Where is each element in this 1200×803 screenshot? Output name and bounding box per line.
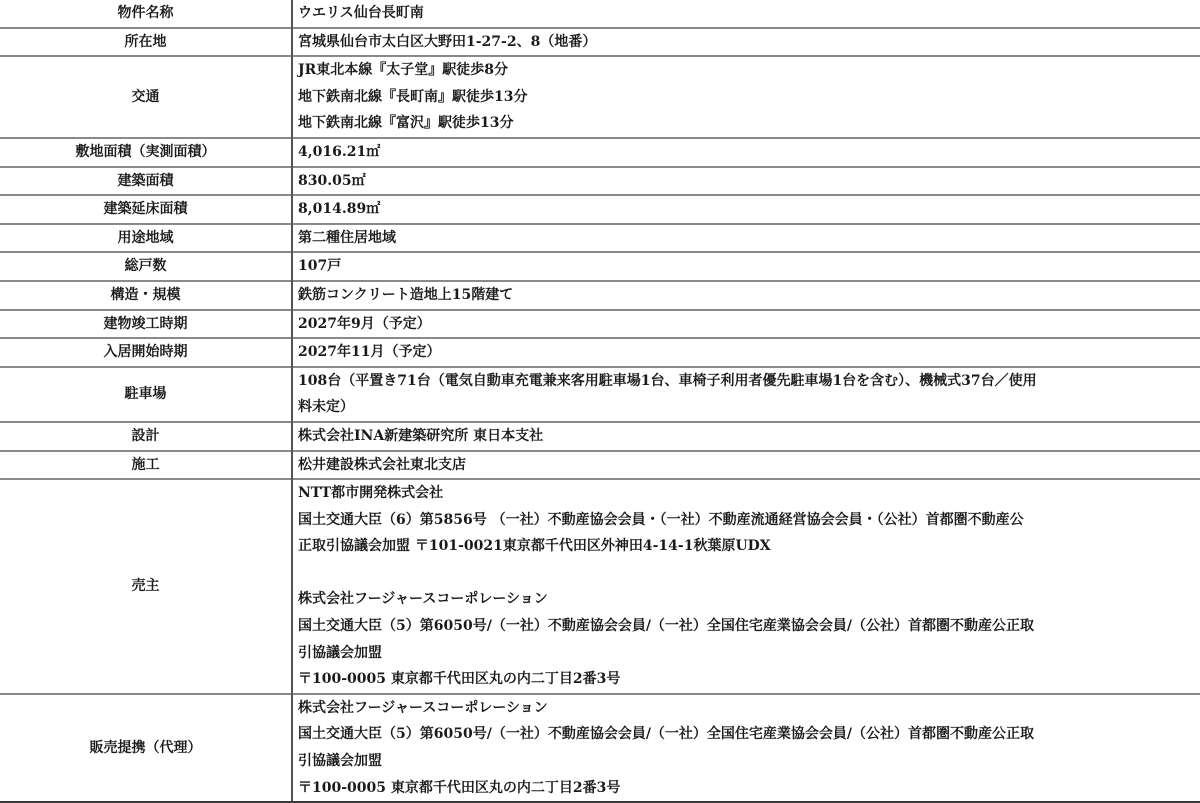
value-line: 〒100-0005 東京都千代田区丸の内二丁目2番3号 [298, 666, 1192, 693]
label-completion-date: 建物竣工時期 [0, 310, 292, 339]
value-line: 地下鉄南北線『長町南』駅徒歩13分 [298, 84, 1192, 111]
row-site-area: 敷地面積（実測面積） 4,016.21㎡ [0, 138, 1200, 167]
row-parking: 駐車場 108台（平置き71台（電気自動車充電兼来客用駐車場1台、車椅子利用者優… [0, 367, 1200, 422]
row-design: 設計 株式会社INA新建築研究所 東日本支社 [0, 422, 1200, 451]
value-parking: 108台（平置き71台（電気自動車充電兼来客用駐車場1台、車椅子利用者優先駐車場… [292, 367, 1200, 422]
value-construction: 松井建設株式会社東北支店 [292, 451, 1200, 480]
value-site-area: 4,016.21㎡ [292, 138, 1200, 167]
value-line: 宮城県仙台市太白区大野田1-27-2、8（地番） [298, 29, 1192, 56]
value-line: JR東北本線『太子堂』駅徒歩8分 [298, 57, 1192, 84]
label-zoning: 用途地域 [0, 224, 292, 253]
label-total-floor-area: 建築延床面積 [0, 195, 292, 224]
row-total-units: 総戸数 107戸 [0, 252, 1200, 281]
label-design: 設計 [0, 422, 292, 451]
label-sales-agent: 販売提携（代理） [0, 694, 292, 776]
value-line: 株式会社フージャースコーポレーション [298, 586, 1192, 613]
value-line: 108台（平置き71台（電気自動車充電兼来客用駐車場1台、車椅子利用者優先駐車場… [298, 368, 1192, 395]
label-seller: 売主 [0, 479, 292, 694]
label-transport: 交通 [0, 56, 292, 138]
row-move-in-date: 入居開始時期 2027年11月（予定） [0, 338, 1200, 367]
value-line: 地下鉄南北線『富沢』駅徒歩13分 [298, 110, 1192, 137]
value-sales-agent: 株式会社フージャースコーポレーション 国土交通大臣（5）第6050号/（一社）不… [292, 694, 1200, 776]
row-transport: 交通 JR東北本線『太子堂』駅徒歩8分 地下鉄南北線『長町南』駅徒歩13分 地下… [0, 56, 1200, 138]
value-line: NTT都市開発株式会社 [298, 480, 1192, 507]
property-outline-table: 物件名称 ウエリス仙台長町南 所在地 宮城県仙台市太白区大野田1-27-2、8（… [0, 0, 1200, 776]
value-line: 4,016.21㎡ [298, 139, 1192, 166]
row-structure: 構造・規模 鉄筋コンクリート造地上15階建て [0, 281, 1200, 310]
value-line: 引協議会加盟 [298, 640, 1192, 667]
row-completion-date: 建物竣工時期 2027年9月（予定） [0, 310, 1200, 339]
value-line: 株式会社INA新建築研究所 東日本支社 [298, 423, 1192, 450]
label-property-name: 物件名称 [0, 0, 292, 28]
label-construction: 施工 [0, 451, 292, 480]
blank-line [298, 560, 1192, 587]
value-line: 鉄筋コンクリート造地上15階建て [298, 282, 1192, 309]
label-move-in-date: 入居開始時期 [0, 338, 292, 367]
label-location: 所在地 [0, 28, 292, 57]
value-total-units: 107戸 [292, 252, 1200, 281]
label-site-area: 敷地面積（実測面積） [0, 138, 292, 167]
row-location: 所在地 宮城県仙台市太白区大野田1-27-2、8（地番） [0, 28, 1200, 57]
value-structure: 鉄筋コンクリート造地上15階建て [292, 281, 1200, 310]
label-structure: 構造・規模 [0, 281, 292, 310]
value-line: 107戸 [298, 253, 1192, 280]
label-total-units: 総戸数 [0, 252, 292, 281]
value-total-floor-area: 8,014.89㎡ [292, 195, 1200, 224]
value-line: 2027年11月（予定） [298, 339, 1192, 366]
row-seller: 売主 NTT都市開発株式会社 国土交通大臣（6）第5856号 （一社）不動産協会… [0, 479, 1200, 694]
value-line: 松井建設株式会社東北支店 [298, 452, 1192, 479]
value-line: 国土交通大臣（5）第6050号/（一社）不動産協会会員/（一社）全国住宅産業協会… [298, 613, 1192, 640]
value-seller: NTT都市開発株式会社 国土交通大臣（6）第5856号 （一社）不動産協会会員・… [292, 479, 1200, 694]
label-building-area: 建築面積 [0, 167, 292, 196]
value-building-area: 830.05㎡ [292, 167, 1200, 196]
value-line: 8,014.89㎡ [298, 196, 1192, 223]
row-sales-agent: 販売提携（代理） 株式会社フージャースコーポレーション 国土交通大臣（5）第60… [0, 694, 1200, 776]
row-property-name: 物件名称 ウエリス仙台長町南 [0, 0, 1200, 28]
row-building-area: 建築面積 830.05㎡ [0, 167, 1200, 196]
value-line: 料未定） [298, 394, 1192, 421]
value-property-name: ウエリス仙台長町南 [292, 0, 1200, 28]
value-line: 830.05㎡ [298, 168, 1192, 195]
value-location: 宮城県仙台市太白区大野田1-27-2、8（地番） [292, 28, 1200, 57]
value-line: 正取引協議会加盟 〒101-0021東京都千代田区外神田4-14-1秋葉原UDX [298, 533, 1192, 560]
value-line: 国土交通大臣（6）第5856号 （一社）不動産協会会員・（一社）不動産流通経営協… [298, 507, 1192, 534]
value-line: 国土交通大臣（5）第6050号/（一社）不動産協会会員/（一社）全国住宅産業協会… [298, 721, 1192, 748]
value-move-in-date: 2027年11月（予定） [292, 338, 1200, 367]
value-line: ウエリス仙台長町南 [298, 0, 1192, 27]
value-line: 株式会社フージャースコーポレーション [298, 695, 1192, 722]
row-total-floor-area: 建築延床面積 8,014.89㎡ [0, 195, 1200, 224]
value-line: 第二種住居地域 [298, 225, 1192, 252]
value-zoning: 第二種住居地域 [292, 224, 1200, 253]
row-zoning: 用途地域 第二種住居地域 [0, 224, 1200, 253]
value-transport: JR東北本線『太子堂』駅徒歩8分 地下鉄南北線『長町南』駅徒歩13分 地下鉄南北… [292, 56, 1200, 138]
value-line: 2027年9月（予定） [298, 311, 1192, 338]
value-completion-date: 2027年9月（予定） [292, 310, 1200, 339]
label-parking: 駐車場 [0, 367, 292, 422]
value-design: 株式会社INA新建築研究所 東日本支社 [292, 422, 1200, 451]
value-line: 引協議会加盟 [298, 748, 1192, 775]
row-construction: 施工 松井建設株式会社東北支店 [0, 451, 1200, 480]
